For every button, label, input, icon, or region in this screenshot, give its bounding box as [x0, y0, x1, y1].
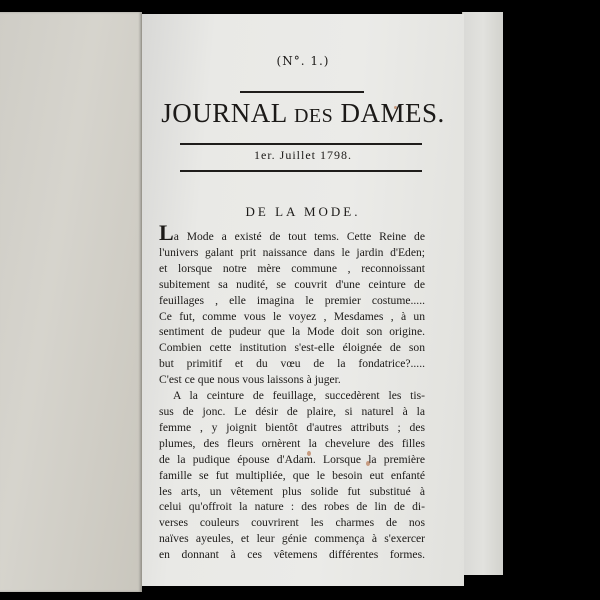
text-line: Combien cette institution s'est-elle élo… — [159, 340, 425, 356]
text-line: celui qu'offroit la nature : des robes d… — [159, 499, 425, 515]
text-line: naïves ayeules, et leur génie commença à… — [159, 531, 425, 547]
foxing-spot — [307, 451, 311, 456]
text-line: sus de jonc. Le désir de plaire, si natu… — [159, 404, 425, 420]
text-line: C'est ce que nous vous laissons à juger. — [159, 372, 425, 388]
masthead-rule-lower — [180, 170, 422, 172]
masthead-rule-upper — [180, 143, 422, 145]
text-line: de la pudique épouse d'Adam. Lorsque la … — [159, 452, 425, 468]
title-des: DES — [294, 105, 333, 127]
text-line: Ce fut, comme vous le voyez , Mesdames ,… — [159, 309, 425, 325]
text-line: les arts, un vêtement plus solide fut su… — [159, 484, 425, 500]
text-line: but primitif et du vœu de la fondatrice?… — [159, 356, 425, 372]
left-cover-page — [0, 12, 142, 592]
journal-page: (N°. 1.) JOURNAL DES DAMES. 1er. Juillet… — [142, 14, 464, 586]
text-line: sentiment de pudeur que la Mode doit son… — [159, 324, 425, 340]
issue-number: (N°. 1.) — [142, 54, 464, 68]
text-line: femme , y joignit bientôt d'autres attri… — [159, 420, 425, 436]
text-line: feuillages , elle imagina le premier cos… — [159, 293, 425, 309]
text-line: famille se fut multipliée, que le besoin… — [159, 468, 425, 484]
text-line: A la ceinture de feuillage, succedèrent … — [159, 388, 425, 404]
foxing-spot — [366, 461, 370, 466]
text-line: et lorsque notre mère commune , reconnoi… — [159, 261, 425, 277]
section-heading: DE LA MODE. — [142, 204, 464, 220]
right-page-edge — [462, 12, 503, 575]
title-journal: JOURNAL — [161, 98, 287, 128]
text-line: subitement sa nudité, se couvrit d'une c… — [159, 277, 425, 293]
issue-date: 1er. Juillet 1798. — [142, 148, 464, 163]
text-line: verses couleurs couvrirent les charmes d… — [159, 515, 425, 531]
text-line: La Mode a existé de tout tems. Cette Rei… — [159, 226, 425, 245]
text-line: en donnant à ces vêtemens différentes fo… — [159, 547, 425, 563]
drop-cap: L — [159, 220, 174, 245]
top-rule — [240, 91, 364, 93]
text-line: l'univers galant prit naissance dans le … — [159, 245, 425, 261]
text-line: plumes, des fleurs ornèrent la chevelure… — [159, 436, 425, 452]
article-body: La Mode a existé de tout tems. Cette Rei… — [159, 226, 425, 563]
foxing-spot — [394, 106, 397, 109]
masthead-title: JOURNAL DES DAMES. — [142, 98, 464, 129]
title-dames: DAMES. — [341, 98, 445, 128]
